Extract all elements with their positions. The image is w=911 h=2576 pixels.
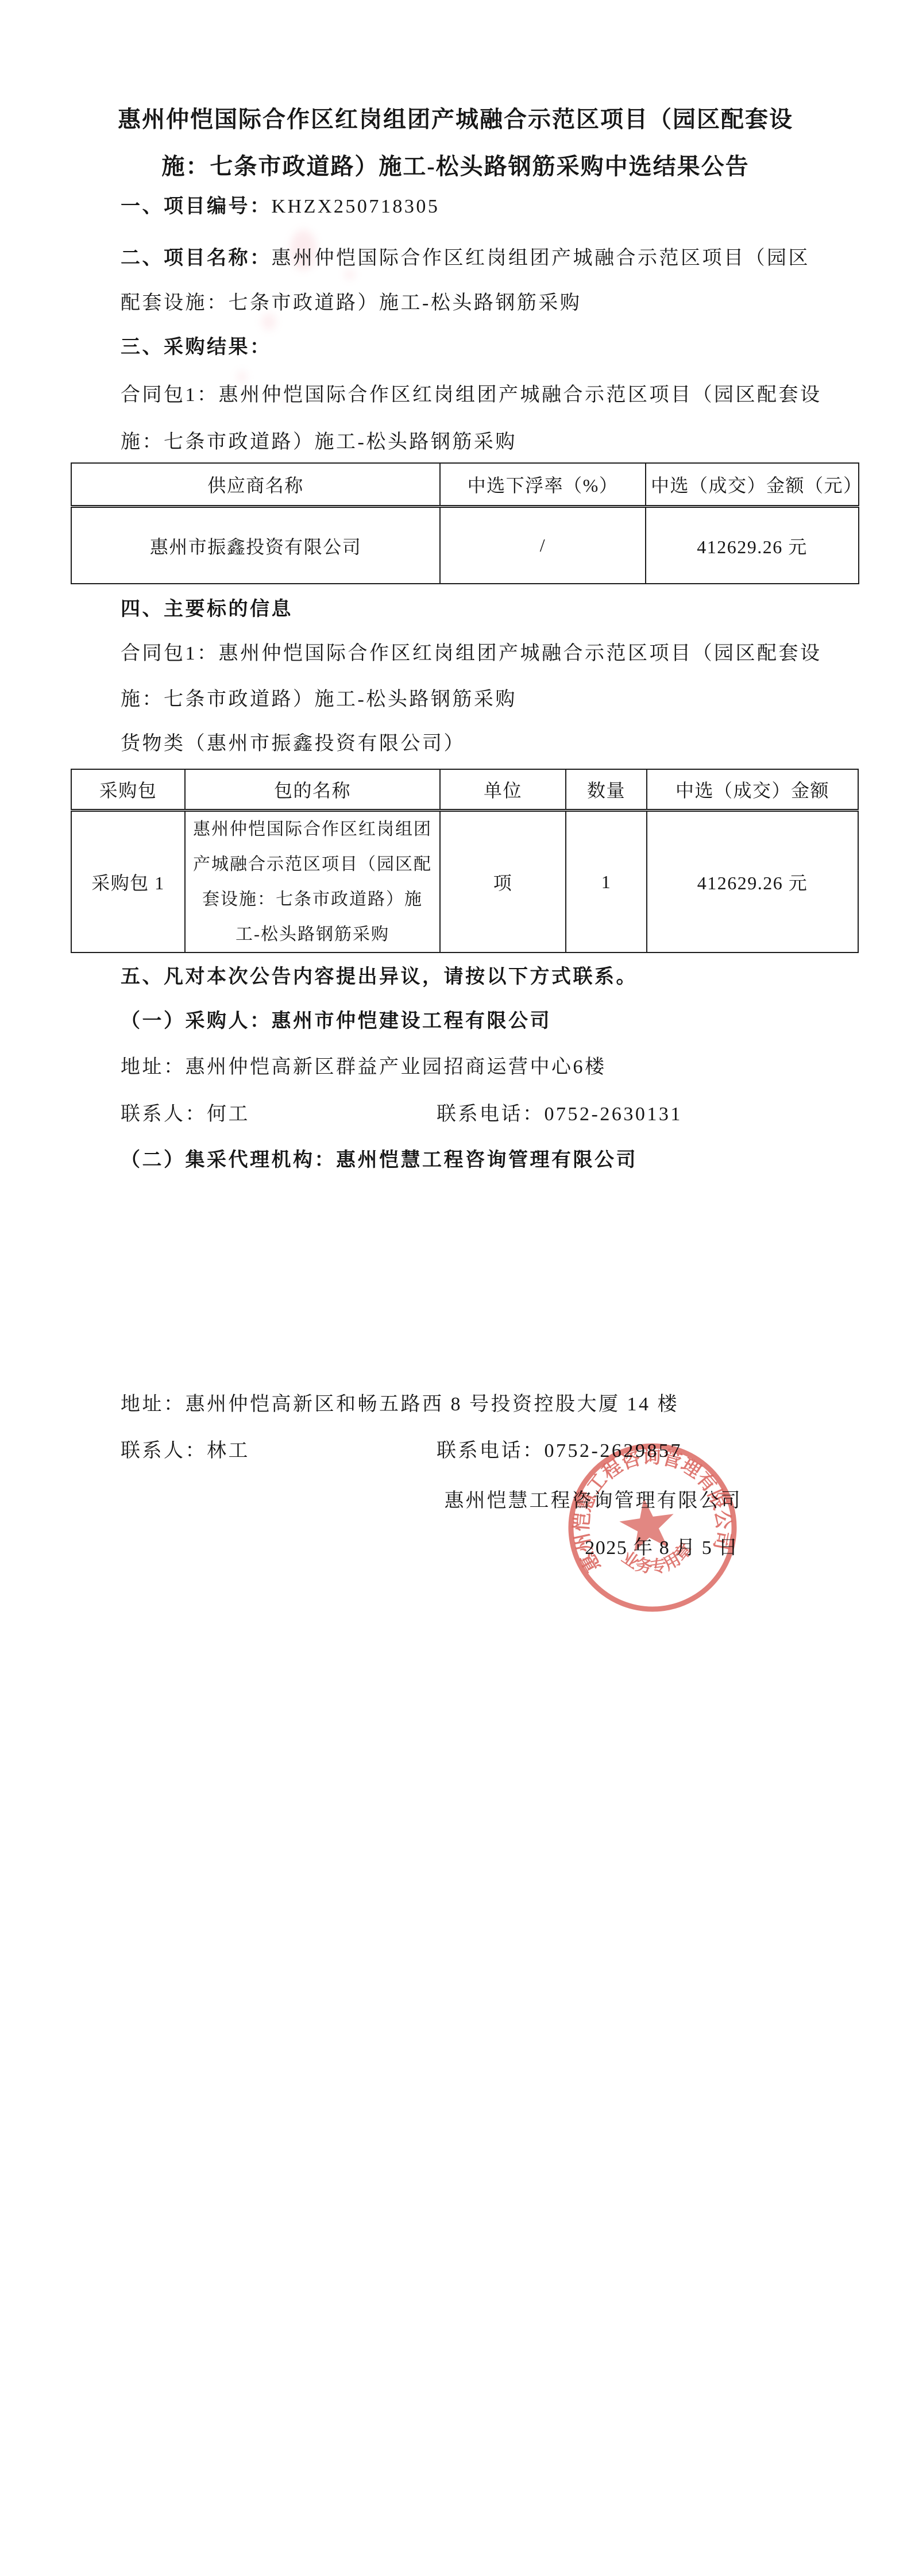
company-seal: 惠州恺慧工程咨询管理有限公司 业务专用章 <box>549 1424 756 1631</box>
section-procurement-result-heading: 三、采购结果： <box>121 336 272 359</box>
purchaser-address-line: 地址：惠州仲恺高新区群益产业园招商运营中心6楼 <box>121 1056 607 1079</box>
svg-text:业务专用章: 业务专用章 <box>616 1537 698 1581</box>
seal-star-icon <box>617 1494 678 1553</box>
document-title-line-1: 惠州仲恺国际合作区红岗组团产城融合示范区项目（园区配套设 <box>0 101 911 134</box>
table1-cell-discount-rate: / <box>440 507 646 584</box>
project-name-value-part1: 惠州仲恺国际合作区红岗组团产城融合示范区项目（园区 <box>272 248 810 269</box>
subject-package-line-1: 合同包1：惠州仲恺国际合作区红岗组团产城融合示范区项目（园区配套设 <box>121 642 822 665</box>
table1-header-discount-rate: 中选下浮率（%） <box>440 463 646 507</box>
document-title-line-2: 施：七条市政道路）施工-松头路钢筋采购中选结果公告 <box>0 148 911 181</box>
project-number-line: 一、项目编号：KHZX250718305 <box>121 195 439 218</box>
seal-company-arc-text: 惠州恺慧工程咨询管理有限公司 <box>561 1436 738 1576</box>
table-row: 采购包 1 惠州仲恺国际合作区红岗组团产城融合示范区项目（园区配套设施：七条市政… <box>71 811 858 953</box>
project-name-line-2: 配套设施：七条市政道路）施工-松头路钢筋采购 <box>121 292 581 315</box>
purchaser-contact-phone: 联系电话：0752-2630131 <box>437 1103 682 1126</box>
subject-info-table: 采购包 包的名称 单位 数量 中选（成交）金额 采购包 1 惠州仲恺国际合作区红… <box>71 769 859 953</box>
table2-header-package-name: 包的名称 <box>185 769 440 811</box>
scan-smudge <box>345 270 355 279</box>
table2-cell-package: 采购包 1 <box>71 811 185 953</box>
subject-package-line-2: 施：七条市政道路）施工-松头路钢筋采购 <box>121 688 517 711</box>
table1-header-supplier-name: 供应商名称 <box>71 463 440 507</box>
purchaser-contact-name: 联系人：何工 <box>121 1103 250 1126</box>
project-number-value: KHZX250718305 <box>272 196 440 217</box>
table2-cell-unit: 项 <box>440 811 566 953</box>
procurement-result-table: 供应商名称 中选下浮率（%） 中选（成交）金额（元） 惠州市振鑫投资有限公司 /… <box>71 462 859 584</box>
agency-line: （二）集采代理机构：惠州恺慧工程咨询管理有限公司 <box>121 1149 638 1172</box>
table-header-row: 供应商名称 中选下浮率（%） 中选（成交）金额（元） <box>71 463 859 507</box>
table2-cell-package-name: 惠州仲恺国际合作区红岗组团产城融合示范区项目（园区配套设施：七条市政道路）施工-… <box>185 811 440 953</box>
seal-graphics: 惠州恺慧工程咨询管理有限公司 业务专用章 <box>561 1436 745 1620</box>
svg-text:惠州恺慧工程咨询管理有限公司: 惠州恺慧工程咨询管理有限公司 <box>561 1436 738 1576</box>
result-package-line-1: 合同包1：惠州仲恺国际合作区红岗组团产城融合示范区项目（园区配套设 <box>121 384 822 407</box>
scan-smudge <box>261 313 276 330</box>
goods-category-line: 货物类（惠州市振鑫投资有限公司） <box>121 732 465 755</box>
table-row: 惠州市振鑫投资有限公司 / 412629.26 元 <box>71 507 859 584</box>
section-subject-info-heading: 四、主要标的信息 <box>121 598 293 621</box>
project-name-line-1: 二、项目名称：惠州仲恺国际合作区红岗组团产城融合示范区项目（园区 <box>121 247 810 270</box>
section-objection-heading: 五、凡对本次公告内容提出异议，请按以下方式联系。 <box>121 966 638 989</box>
table2-header-package: 采购包 <box>71 769 185 811</box>
table1-cell-supplier-name: 惠州市振鑫投资有限公司 <box>71 507 440 584</box>
project-name-label: 二、项目名称： <box>121 248 272 269</box>
agency-contact-name: 联系人：林工 <box>121 1440 250 1463</box>
result-package-line-2: 施：七条市政道路）施工-松头路钢筋采购 <box>121 431 517 454</box>
table1-header-award-amount: 中选（成交）金额（元） <box>646 463 859 507</box>
table2-header-quantity: 数量 <box>566 769 647 811</box>
purchaser-line: （一）采购人：惠州市仲恺建设工程有限公司 <box>121 1010 551 1033</box>
table2-cell-award-amount: 412629.26 元 <box>647 811 858 953</box>
table2-header-award-amount: 中选（成交）金额 <box>647 769 858 811</box>
seal-type-text: 业务专用章 <box>616 1537 698 1581</box>
table2-cell-quantity: 1 <box>566 811 647 953</box>
agency-address-line: 地址：惠州仲恺高新区和畅五路西 8 号投资控股大厦 14 楼 <box>121 1393 679 1416</box>
table-header-row: 采购包 包的名称 单位 数量 中选（成交）金额 <box>71 769 858 811</box>
table2-header-unit: 单位 <box>440 769 566 811</box>
document-page: 惠州仲恺国际合作区红岗组团产城融合示范区项目（园区配套设 施：七条市政道路）施工… <box>0 0 911 2576</box>
scan-smudge <box>237 371 247 383</box>
table1-cell-award-amount: 412629.26 元 <box>646 507 859 584</box>
project-number-label: 一、项目编号： <box>121 196 272 217</box>
